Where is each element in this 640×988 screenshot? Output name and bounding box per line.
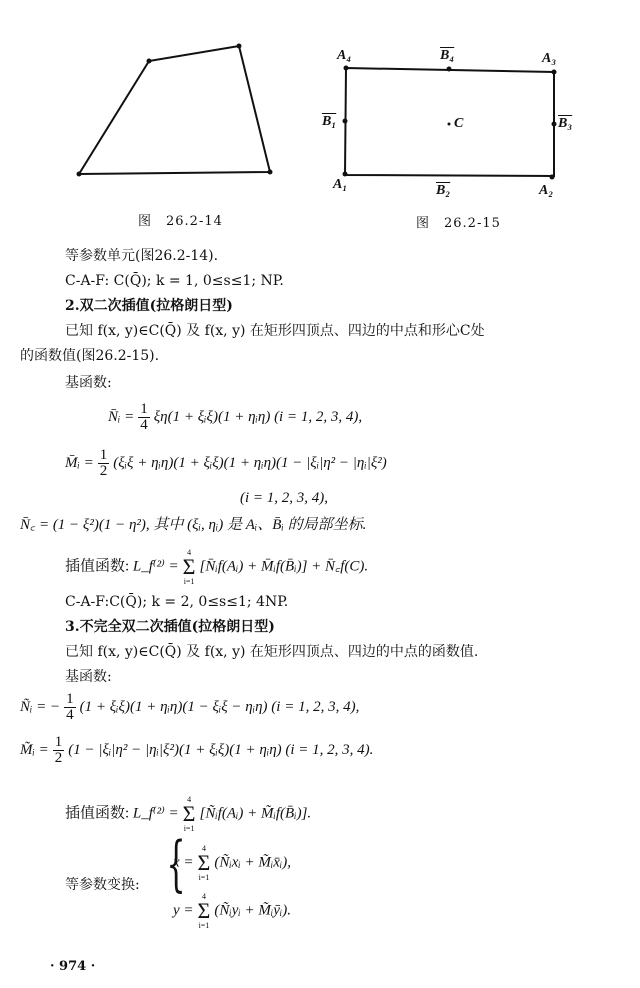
section-heading-2: 2.双二次插值(拉格朗日型)	[65, 297, 233, 315]
caf-line-1: C-A-F: C(Q̄); k = 1, 0≤s≤1; NP.	[65, 272, 284, 290]
figure-caption: 图 26.2-15	[416, 212, 501, 231]
section-heading-3: 3.不完全双二次插值(拉格朗日型)	[65, 618, 275, 636]
label-a1: A₁	[333, 177, 347, 193]
equation-m-bar-range: (i = 1, 2, 3, 4),	[240, 490, 328, 507]
label-c: C	[454, 116, 463, 132]
figure-caption: 图 26.2-14	[138, 210, 223, 229]
iso-equation-x: x =4Σi=1(Ñᵢxᵢ + M̃ᵢx̄ᵢ),	[173, 844, 291, 882]
basis-label-2: 基函数:	[65, 668, 112, 686]
label-a3: A₃	[542, 51, 556, 67]
quadrilateral-diagram	[60, 30, 300, 190]
iso-equation-y: y =4Σi=1(Ñᵢyᵢ + M̃ᵢȳᵢ).	[173, 892, 291, 930]
paragraph-known-2-cont: 的函数值(图26.2-15).	[20, 347, 159, 365]
label-a2: A₂	[539, 183, 553, 199]
figure-26-2-14: 图 26.2-14	[60, 30, 300, 230]
label-b1: B₁	[322, 114, 336, 130]
equation-n-tilde: Ñᵢ = −14(1 + ξᵢξ)(1 + ηᵢη)(1 − ξᵢξ − ηᵢη…	[20, 692, 359, 723]
caf-line-2: C-A-F:C(Q̄); k = 2, 0≤s≤1; 4NP.	[65, 593, 288, 611]
basis-label: 基函数:	[65, 374, 112, 392]
figure-26-2-15: A₄ B₄ A₃ B₁ C B₃ A₁ B₂ A₂ 图 26.2-15	[320, 30, 610, 230]
equation-m-tilde: M̃ᵢ =12(1 − |ξᵢ|η² − |ηᵢ|ξ²)(1 + ξᵢξ)(1 …	[20, 735, 373, 766]
page-number: · 974 ·	[50, 958, 95, 976]
paragraph-known-2: 已知 f(x, y)∈C(Q̄) 及 f(x, y) 在矩形四顶点、四边的中点和…	[65, 322, 485, 340]
equation-n-bar: N̄ᵢ =14ξη(1 + ξᵢξ)(1 + ηᵢη) (i = 1, 2, 3…	[108, 402, 362, 433]
isoparametric-transform: 等参数变换: { x =4Σi=1(Ñᵢxᵢ + M̃ᵢx̄ᵢ), y =4Σi…	[65, 838, 465, 938]
label-b3: B₃	[558, 116, 572, 132]
rectangle-diagram	[320, 30, 610, 200]
paragraph-isoparametric: 等参数单元(图26.2-14).	[65, 247, 218, 265]
interpolation-function-2: 插值函数: L_f⁽²⁾ =4Σi=1[Ñᵢf(Aᵢ) + M̃ᵢf(B̄ᵢ)]…	[65, 795, 311, 833]
equation-n-c: N̄꜀ = (1 − ξ²)(1 − η²), 其中 (ξᵢ, ηᵢ) 是 Aᵢ…	[20, 513, 366, 534]
label-a4: A₄	[337, 48, 351, 64]
interpolation-function-1: 插值函数: L_f⁽²⁾ =4Σi=1[N̄ᵢf(Aᵢ) + M̄ᵢf(B̄ᵢ)…	[65, 548, 368, 586]
label-b4: B₄	[440, 48, 454, 64]
paragraph-known-3: 已知 f(x, y)∈C(Q̄) 及 f(x, y) 在矩形四顶点、四边的中点的…	[65, 643, 478, 661]
iso-label: 等参数变换:	[65, 876, 140, 894]
label-b2: B₂	[436, 183, 450, 199]
equation-m-bar: M̄ᵢ =12(ξᵢξ + ηᵢη)(1 + ξᵢξ)(1 + ηᵢη)(1 −…	[65, 448, 387, 479]
